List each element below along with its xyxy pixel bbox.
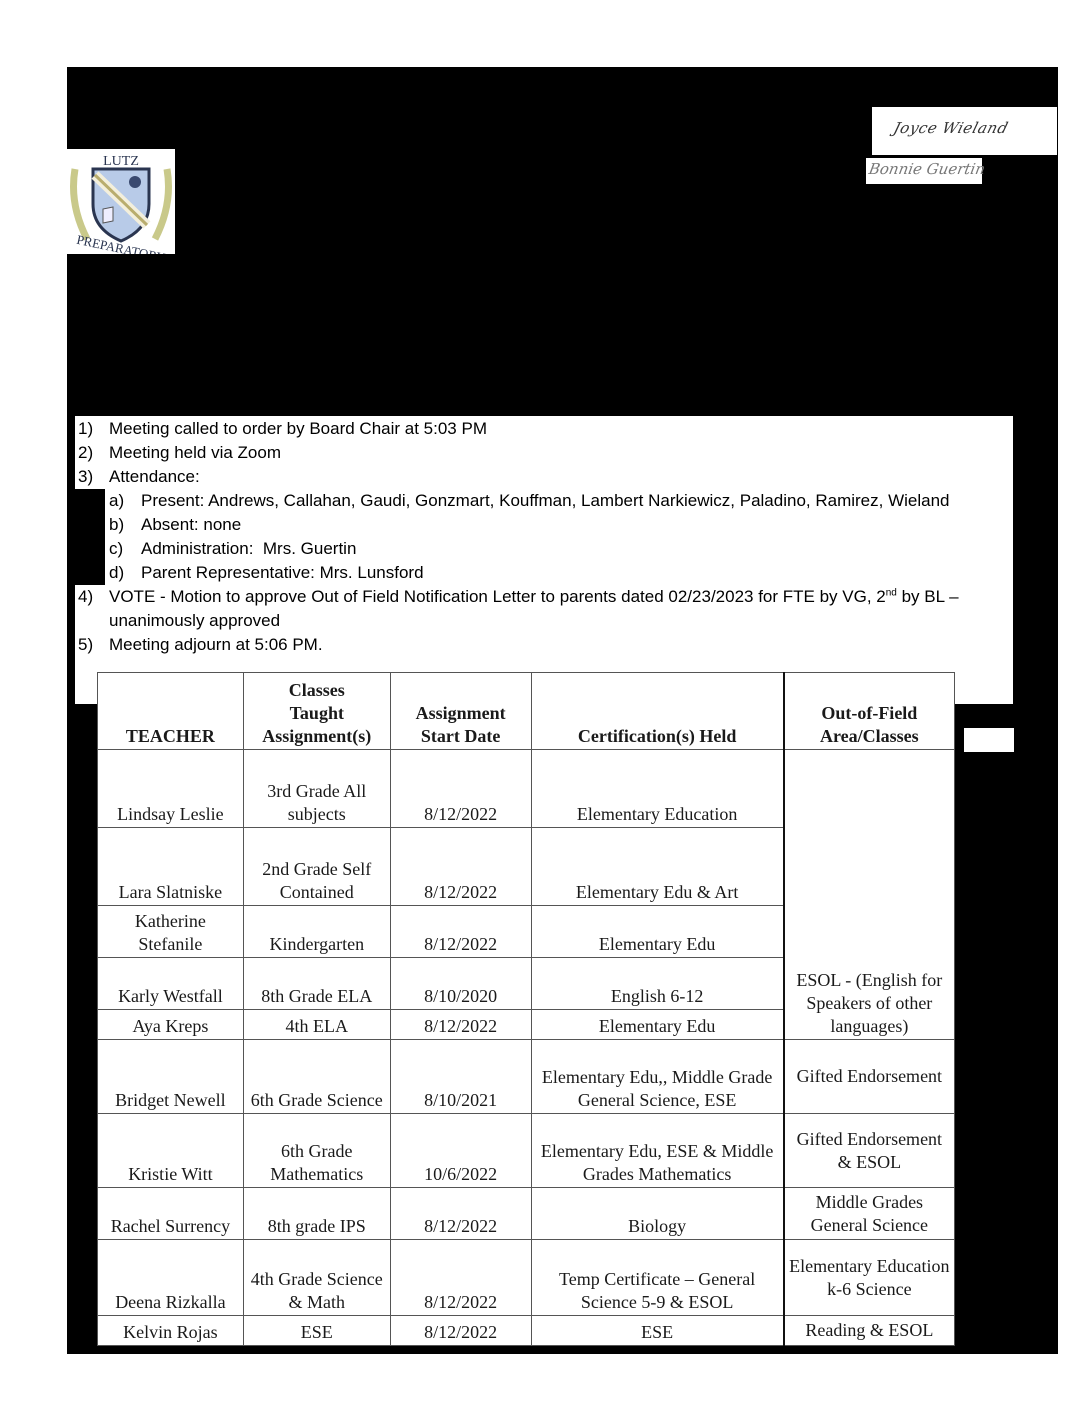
out-of-field-cell-merged: ESOL - (English for Speakers of other la… bbox=[784, 750, 955, 1040]
white-strip bbox=[964, 728, 1014, 752]
out-of-field-cell: Gifted Endorsement bbox=[784, 1040, 955, 1114]
classes-cell: 4th ELA bbox=[243, 1010, 390, 1040]
start-date-cell: 8/12/2022 bbox=[390, 906, 531, 958]
start-date-cell: 8/12/2022 bbox=[390, 750, 531, 828]
start-date-cell: 10/6/2022 bbox=[390, 1114, 531, 1188]
table-row: Deena Rizkalla4th Grade Science & Math8/… bbox=[98, 1240, 955, 1316]
start-date-cell: 8/12/2022 bbox=[390, 1010, 531, 1040]
table-row: Kristie Witt6th Grade Mathematics10/6/20… bbox=[98, 1114, 955, 1188]
header-teacher: TEACHER bbox=[98, 673, 244, 750]
table-row: Bridget Newell6th Grade Science8/10/2021… bbox=[98, 1040, 955, 1114]
table-row: Lindsay Leslie3rd Grade All subjects8/12… bbox=[98, 750, 955, 828]
table-row: Kelvin RojasESE8/12/2022ESEReading & ESO… bbox=[98, 1316, 955, 1346]
out-of-field-cell: Middle Grades General Science bbox=[784, 1188, 955, 1240]
out-of-field-cell: Reading & ESOL bbox=[784, 1316, 955, 1346]
signature-chair: Joyce Wieland bbox=[892, 119, 1011, 137]
signature-box-chair: Joyce Wieland bbox=[872, 107, 1057, 155]
start-date-cell: 8/12/2022 bbox=[390, 1240, 531, 1316]
start-date-cell: 8/10/2021 bbox=[390, 1040, 531, 1114]
certification-cell: Elementary Edu bbox=[531, 1010, 784, 1040]
certification-cell: ESE bbox=[531, 1316, 784, 1346]
classes-cell: 8th Grade ELA bbox=[243, 958, 390, 1010]
header-classes: ClassesTaughtAssignment(s) bbox=[243, 673, 390, 750]
certification-cell: Elementary Edu, ESE & Middle Grades Math… bbox=[531, 1114, 784, 1188]
teacher-cell: Katherine Stefanile bbox=[98, 906, 244, 958]
start-date-cell: 8/12/2022 bbox=[390, 1188, 531, 1240]
table-row: Rachel Surrency8th grade IPS8/12/2022Bio… bbox=[98, 1188, 955, 1240]
start-date-cell: 8/12/2022 bbox=[390, 1316, 531, 1346]
classes-cell: 6th Grade Mathematics bbox=[243, 1114, 390, 1188]
school-logo: LUTZ PREPARATORY bbox=[67, 149, 175, 254]
teacher-cell: Karly Westfall bbox=[98, 958, 244, 1010]
teacher-cell: Deena Rizkalla bbox=[98, 1240, 244, 1316]
vote-motion: VOTE - Motion to approve Out of Field No… bbox=[109, 585, 959, 609]
certification-cell: Elementary Edu & Art bbox=[531, 828, 784, 906]
teacher-cell: Aya Kreps bbox=[98, 1010, 244, 1040]
classes-cell: 2nd Grade Self Contained bbox=[243, 828, 390, 906]
certification-cell: Temp Certificate – General Science 5-9 &… bbox=[531, 1240, 784, 1316]
out-of-field-cell: Elementary Education k-6 Science bbox=[784, 1240, 955, 1316]
certification-cell: Elementary Edu,, Middle Grade General Sc… bbox=[531, 1040, 784, 1114]
classes-cell: 4th Grade Science & Math bbox=[243, 1240, 390, 1316]
classes-cell: ESE bbox=[243, 1316, 390, 1346]
school-crest-icon: LUTZ PREPARATORY bbox=[67, 149, 175, 254]
signature-box-admin: Bonnie Guertin bbox=[866, 158, 982, 184]
classes-cell: 3rd Grade All subjects bbox=[243, 750, 390, 828]
out-of-field-table: TEACHERClassesTaughtAssignment(s)Assignm… bbox=[97, 672, 955, 1346]
teacher-cell: Lara Slatniske bbox=[98, 828, 244, 906]
start-date-cell: 8/12/2022 bbox=[390, 828, 531, 906]
header-start-date: AssignmentStart Date bbox=[390, 673, 531, 750]
certification-cell: Elementary Edu bbox=[531, 906, 784, 958]
start-date-cell: 8/10/2020 bbox=[390, 958, 531, 1010]
header-out-of-field: Out-of-FieldArea/Classes bbox=[784, 673, 955, 750]
svg-text:LUTZ: LUTZ bbox=[103, 154, 139, 169]
certification-cell: Biology bbox=[531, 1188, 784, 1240]
certification-cell: English 6-12 bbox=[531, 958, 784, 1010]
teacher-cell: Lindsay Leslie bbox=[98, 750, 244, 828]
table-header-row: TEACHERClassesTaughtAssignment(s)Assignm… bbox=[98, 673, 955, 750]
classes-cell: 8th grade IPS bbox=[243, 1188, 390, 1240]
teacher-cell: Rachel Surrency bbox=[98, 1188, 244, 1240]
redaction-block-indent bbox=[75, 489, 105, 585]
classes-cell: 6th Grade Science bbox=[243, 1040, 390, 1114]
header-certification: Certification(s) Held bbox=[531, 673, 784, 750]
teacher-cell: Kelvin Rojas bbox=[98, 1316, 244, 1346]
certification-cell: Elementary Education bbox=[531, 750, 784, 828]
teacher-cell: Kristie Witt bbox=[98, 1114, 244, 1188]
classes-cell: Kindergarten bbox=[243, 906, 390, 958]
out-of-field-cell: Gifted Endorsement & ESOL bbox=[784, 1114, 955, 1188]
signature-admin: Bonnie Guertin bbox=[867, 160, 986, 178]
teacher-cell: Bridget Newell bbox=[98, 1040, 244, 1114]
